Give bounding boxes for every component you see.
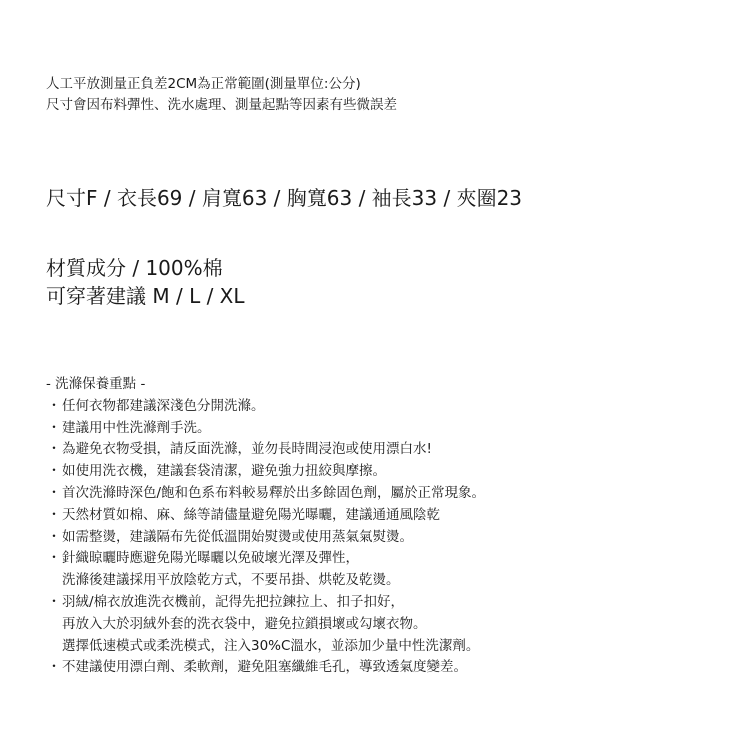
bullet-icon: ・ bbox=[46, 461, 62, 483]
bullet-icon: ・ bbox=[46, 548, 62, 570]
bullet-icon: ・ bbox=[46, 657, 62, 679]
care-item: ・不建議使用漂白劑、柔軟劑，避免阻塞纖維毛孔，導致透氣度變差。 bbox=[46, 657, 485, 679]
bullet-icon: ・ bbox=[46, 418, 62, 440]
care-item: ・為避免衣物受損，請反面洗滌，並勿長時間浸泡或使用漂白水! bbox=[46, 439, 485, 461]
bullet-icon: ・ bbox=[46, 439, 62, 461]
size-spec-line: 尺寸F / 衣長69 / 肩寬63 / 胸寬63 / 袖長33 / 夾圈23 bbox=[46, 184, 522, 212]
bullet-icon: ・ bbox=[46, 527, 62, 549]
care-item: ・天然材質如棉、麻、絲等請儘量避免陽光曝曬，建議通通風陰乾 bbox=[46, 505, 485, 527]
bullet-icon: ・ bbox=[46, 483, 62, 505]
care-item: ・任何衣物都建議深淺色分開洗滌。 bbox=[46, 396, 485, 418]
care-item-continuation: 洗滌後建議採用平放陰乾方式，不要吊掛、烘乾及乾燙。 bbox=[46, 570, 485, 592]
recommended-sizes: 可穿著建議 M / L / XL bbox=[46, 282, 245, 310]
material-info: 材質成分 / 100%棉 可穿著建議 M / L / XL bbox=[46, 254, 245, 310]
care-title: - 洗滌保養重點 - bbox=[46, 374, 485, 396]
measurement-note: 尺寸會因布料彈性、洗水處理、測量起點等因素有些微誤差 bbox=[46, 95, 397, 116]
care-item: ・如使用洗衣機，建議套袋清潔，避免強力扭絞與摩擦。 bbox=[46, 461, 485, 483]
care-item: ・建議用中性洗滌劑手洗。 bbox=[46, 418, 485, 440]
care-instructions: - 洗滌保養重點 - ・任何衣物都建議深淺色分開洗滌。 ・建議用中性洗滌劑手洗。… bbox=[46, 374, 485, 679]
measurement-note: 人工平放測量正負差2CM為正常範圍(測量單位:公分) bbox=[46, 74, 397, 95]
care-item-continuation: 再放入大於羽絨外套的洗衣袋中，避免拉鎖損壞或勾壞衣物。 bbox=[46, 614, 485, 636]
care-item: ・羽絨/棉衣放進洗衣機前，記得先把拉鍊拉上、扣子扣好， bbox=[46, 592, 485, 614]
bullet-icon: ・ bbox=[46, 396, 62, 418]
bullet-icon: ・ bbox=[46, 505, 62, 527]
care-item: ・如需整燙，建議隔布先從低溫開始熨燙或使用蒸氣氣熨燙。 bbox=[46, 527, 485, 549]
bullet-icon: ・ bbox=[46, 592, 62, 614]
material-composition: 材質成分 / 100%棉 bbox=[46, 254, 245, 282]
measurement-notes: 人工平放測量正負差2CM為正常範圍(測量單位:公分) 尺寸會因布料彈性、洗水處理… bbox=[46, 74, 397, 116]
care-item: ・首次洗滌時深色/飽和色系布料較易釋於出多餘固色劑，屬於正常現象。 bbox=[46, 483, 485, 505]
care-item-continuation: 選擇低速模式或柔洗模式，注入30%C溫水，並添加少量中性洗潔劑。 bbox=[46, 636, 485, 658]
care-item: ・針織晾曬時應避免陽光曝曬以免破壞光澤及彈性， bbox=[46, 548, 485, 570]
size-spec: 尺寸F / 衣長69 / 肩寬63 / 胸寬63 / 袖長33 / 夾圈23 bbox=[46, 184, 522, 212]
